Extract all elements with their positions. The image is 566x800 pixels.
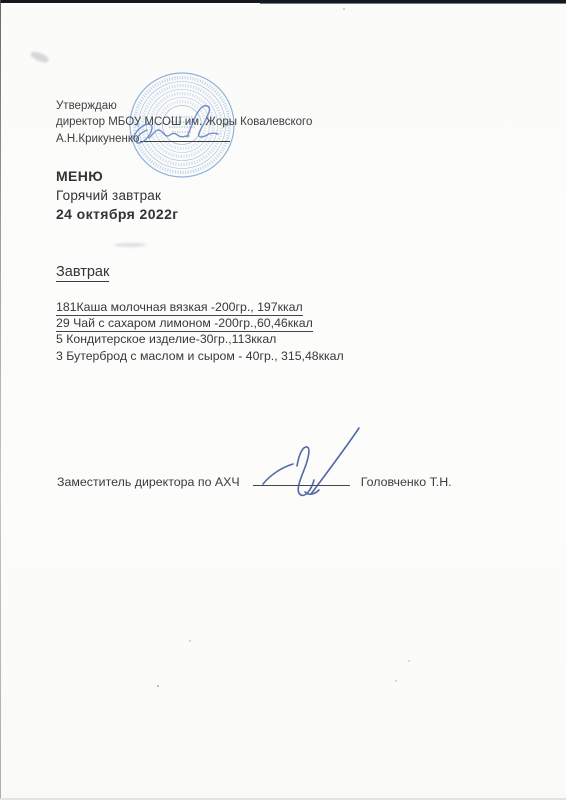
dust-speck — [189, 640, 191, 642]
section-heading: Завтрак — [56, 264, 109, 280]
menu-title: МЕНЮ — [56, 167, 179, 186]
deputy-ink-signature — [255, 422, 367, 502]
scan-edge-left — [0, 0, 1, 800]
deputy-name: Головченко Т.Н. — [361, 475, 452, 489]
menu-item: 3 Бутерброд с маслом и сыром - 40гр., 31… — [56, 348, 344, 364]
dust-speck — [408, 660, 410, 662]
scan-edge-top-shadow — [260, 3, 566, 4]
deputy-title: Заместитель директора по АХЧ — [57, 475, 240, 489]
menu-item-text: 29 Чай с сахаром лимоном -200гр.,60,46кк… — [56, 316, 313, 332]
menu-date: 24 октября 2022г — [56, 205, 179, 224]
dust-speck — [395, 680, 397, 682]
menu-subtitle: Горячий завтрак — [56, 186, 179, 205]
menu-item: 5 Кондитерское изделие-30гр.,113ккал — [56, 331, 344, 347]
menu-item: 181Каша молочная вязкая -200гр., 197ккал — [56, 299, 344, 315]
scan-smudge — [29, 49, 50, 64]
title-block: МЕНЮ Горячий завтрак 24 октября 2022г — [56, 167, 179, 224]
menu-items-list: 181Каша молочная вязкая -200гр., 197ккал… — [56, 299, 344, 364]
dust-speck — [157, 685, 159, 687]
section-heading-text: Завтрак — [56, 264, 109, 282]
menu-item-text: 3 Бутерброд с маслом и сыром - 40гр., 31… — [56, 349, 344, 363]
dust-speck — [343, 8, 345, 10]
menu-item: 29 Чай с сахаром лимоном -200гр.,60,46кк… — [56, 315, 344, 331]
menu-item-text: 5 Кондитерское изделие-30гр.,113ккал — [56, 332, 276, 346]
menu-item-text: 181Каша молочная вязкая -200гр., 197ккал — [56, 300, 303, 316]
scan-smudge — [114, 243, 146, 247]
director-ink-signature — [123, 98, 228, 148]
scanned-menu-document: Утверждаю директор МБОУ МСОШ им. Жоры Ко… — [0, 0, 566, 800]
